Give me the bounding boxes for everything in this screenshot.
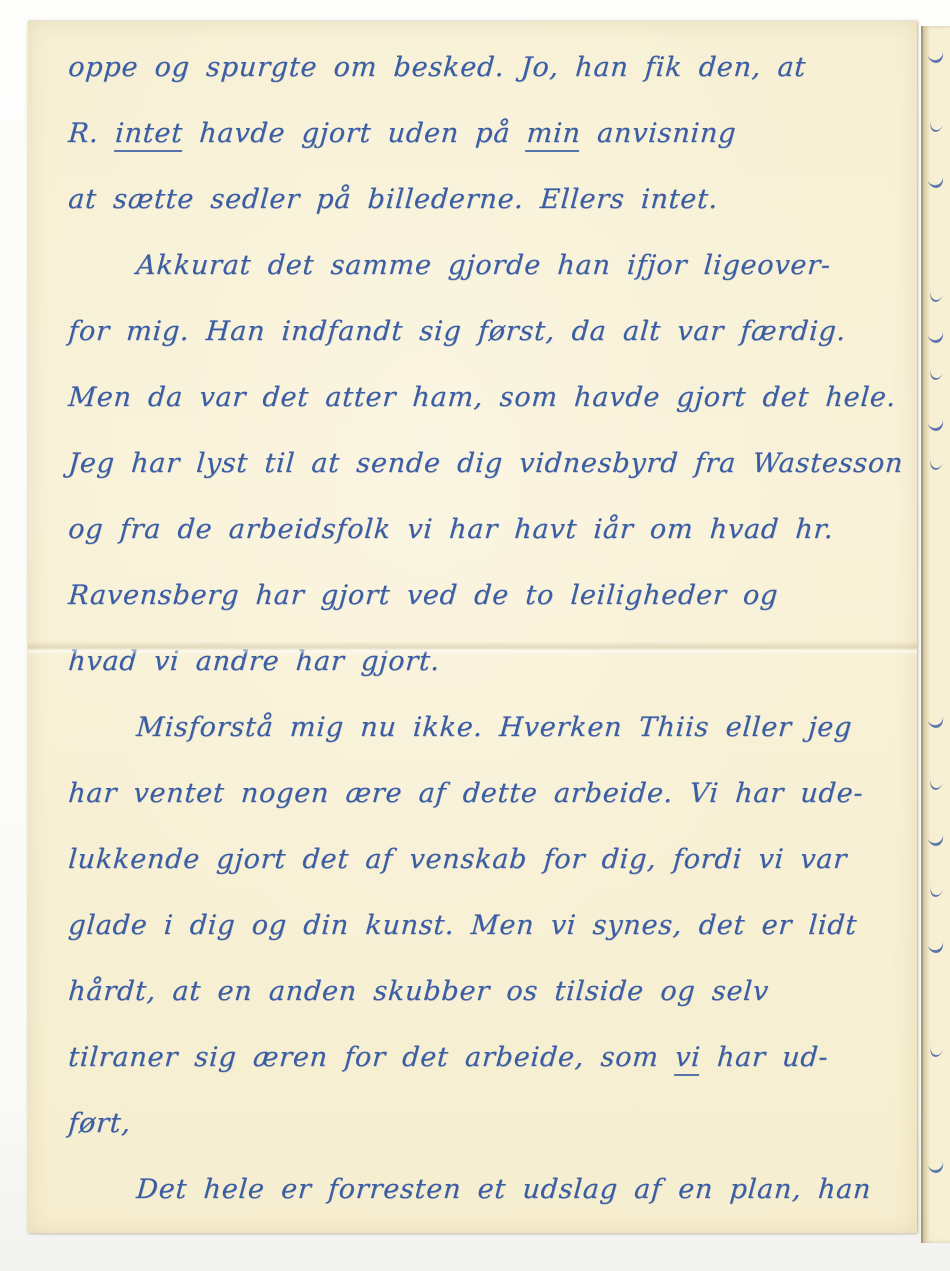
fold-crease — [28, 641, 917, 655]
ink-stroke-fragment — [928, 118, 944, 133]
letter-line: Ravensberg har gjort ved de to leilighed… — [66, 563, 912, 629]
ink-stroke-fragment — [927, 416, 946, 432]
ink-stroke-fragment — [927, 173, 946, 189]
ink-stroke-fragment — [928, 456, 944, 471]
letter-line: Akkurat det samme gjorde han ifjor ligeo… — [66, 233, 912, 299]
second-page-edge — [921, 26, 950, 1243]
ink-stroke-fragment — [927, 713, 946, 729]
ink-stroke-fragment — [928, 883, 944, 898]
ink-stroke-fragment — [928, 288, 944, 303]
ink-stroke-fragment — [927, 48, 946, 64]
letter-line: og fra de arbeidsfolk vi har havt iår om… — [66, 497, 912, 563]
letter-line: lukkende gjort det af venskab for dig, f… — [66, 827, 912, 893]
letter-line: glade i dig og din kunst. Men vi synes, … — [66, 893, 912, 959]
letter-line: at sætte sedler på billederne. Ellers in… — [66, 167, 912, 233]
ink-stroke-fragment — [927, 1158, 946, 1174]
ink-stroke-fragment — [928, 1043, 944, 1058]
ink-stroke-fragment — [928, 366, 944, 381]
letter-scan: oppe og spurgte om besked. Jo, han fik d… — [0, 0, 950, 1271]
underlined-word: min — [525, 118, 581, 152]
ink-stroke-fragment — [927, 831, 946, 847]
underlined-word: vi — [674, 1042, 702, 1076]
letter-line: Misforstå mig nu ikke. Hverken Thiis ell… — [66, 695, 912, 761]
underlined-word: intet — [114, 118, 184, 152]
letter-line: hvad vi andre har gjort. — [66, 629, 912, 695]
ink-stroke-fragment — [927, 938, 946, 954]
letter-line: for mig. Han indfandt sig først, da alt … — [66, 299, 912, 365]
letter-line: Jeg har lyst til at sende dig vidnesbyrd… — [66, 431, 912, 497]
ink-stroke-fragment — [927, 328, 946, 344]
ink-stroke-fragment — [928, 776, 944, 791]
letter-line: tilraner sig æren for det arbeide, som v… — [66, 1025, 912, 1091]
letter-page: oppe og spurgte om besked. Jo, han fik d… — [28, 21, 917, 1233]
letter-line: R. intet havde gjort uden på min anvisni… — [66, 101, 912, 167]
letter-lines: oppe og spurgte om besked. Jo, han fik d… — [66, 35, 907, 1223]
letter-line: Men da var det atter ham, som havde gjor… — [66, 365, 912, 431]
letter-line: oppe og spurgte om besked. Jo, han fik d… — [66, 35, 912, 101]
letter-line: ført, — [66, 1091, 912, 1157]
letter-line: hårdt, at en anden skubber os tilside og… — [66, 959, 912, 1025]
letter-line: Det hele er forresten et udslag af en pl… — [66, 1157, 912, 1223]
letter-line: har ventet nogen ære af dette arbeide. V… — [66, 761, 912, 827]
